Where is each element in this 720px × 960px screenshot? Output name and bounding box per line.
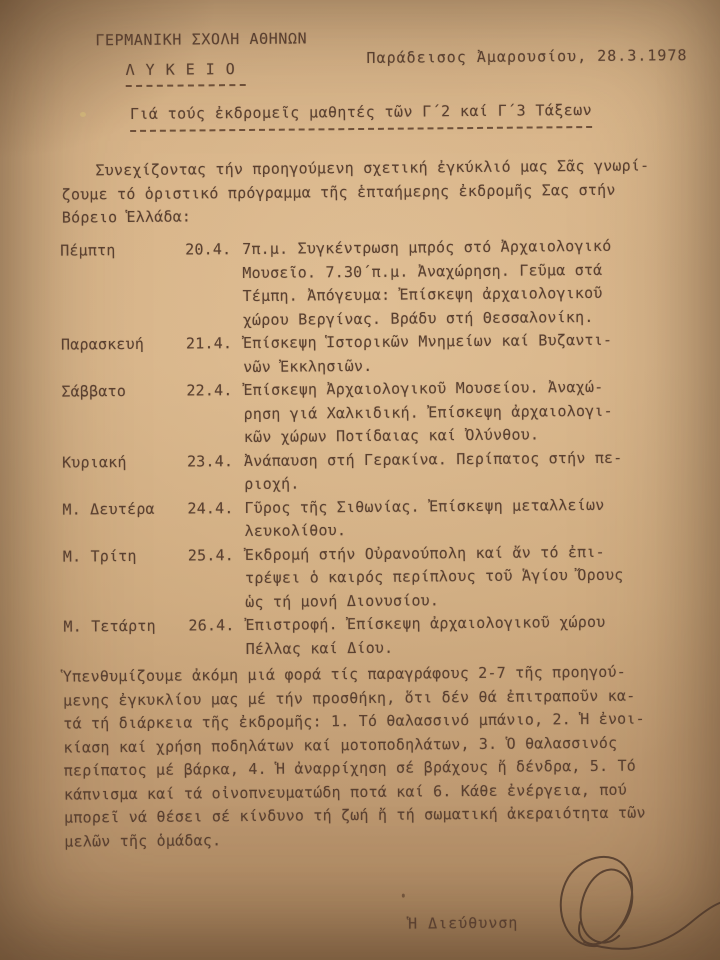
date-label: 21.4.: [186, 332, 243, 356]
date-label: 25.4.: [188, 544, 245, 568]
date-label: 22.4.: [186, 379, 243, 403]
day-label: Μ. Τετάρτη: [63, 615, 188, 640]
day-label: Μ. Τρίτη: [63, 544, 188, 569]
date-label: 24.4.: [187, 497, 244, 521]
text-line: τρέψει ὁ καιρός περίπλους τοῦ Ἁγίου Ὄρου…: [245, 563, 673, 590]
ink-dot: [402, 894, 405, 898]
lyceum-heading: ΛΥΚΕΙΟ: [126, 57, 246, 87]
schedule-row-holy-wednesday: Μ. Τετάρτη 26.4. Ἐπιστροφή. Ἐπίσκεψη ἀρχ…: [63, 610, 673, 662]
text-line: 7π.μ. Συγκέντρωση μπρός στό Ἀρχαιολογικό: [242, 234, 670, 261]
letterhead: ΓΕΡΜΑΝΙΚΗ ΣΧΟΛΗ ΑΘΗΝΩΝ ΛΥΚΕΙΟ: [95, 27, 307, 87]
day-description: Ἐπιστροφή. Ἐπίσκεψη ἀρχαιολογικοῦ χώρου …: [245, 610, 673, 661]
day-label: Παρασκευή: [61, 333, 186, 358]
document-title: Γιά τούς ἐκδρομεῖς μαθητές τῶν Γ΄2 καί Γ…: [130, 99, 592, 132]
day-label: Κυριακή: [62, 450, 187, 475]
day-label: Πέμπτη: [60, 239, 185, 264]
place-and-date: Παράδεισος Ἀμαρουσίου, 28.3.1978: [366, 44, 687, 70]
day-description: Ἀνάπαυση στή Γερακίνα. Περίπατος στήν πε…: [244, 446, 672, 497]
text-line: Ἐπίσκεψη Ἱστορικῶν Μνημείων καί Βυζαντι-: [243, 328, 671, 355]
itinerary-schedule: Πέμπτη 20.4. 7π.μ. Συγκέντρωση μπρός στό…: [60, 234, 674, 662]
text-line: Πέλλας καί Δίου.: [246, 634, 674, 661]
schedule-row-friday: Παρασκευή 21.4. Ἐπίσκεψη Ἱστορικῶν Μνημε…: [61, 328, 671, 380]
date-label: 23.4.: [187, 450, 244, 474]
schedule-row-holy-monday: Μ. Δευτέρα 24.4. Γῦρος τῆς Σιθωνίας. Ἐπί…: [62, 493, 672, 545]
day-description: Ἐκδρομή στήν Οὐρανούπολη καί ἄν τό ἐπι- …: [245, 540, 674, 614]
schedule-row-sunday: Κυριακή 23.4. Ἀνάπαυση στή Γερακίνα. Περ…: [62, 446, 672, 498]
school-name: ΓΕΡΜΑΝΙΚΗ ΣΧΟΛΗ ΑΘΗΝΩΝ: [95, 27, 307, 52]
schedule-row-holy-tuesday: Μ. Τρίτη 25.4. Ἐκδρομή στήν Οὐρανούπολη …: [63, 540, 674, 616]
handwritten-signature: [505, 847, 720, 960]
day-label: Μ. Δευτέρα: [62, 497, 187, 522]
scanned-letter-page: ΓΕΡΜΑΝΙΚΗ ΣΧΟΛΗ ΑΘΗΝΩΝ ΛΥΚΕΙΟ Παράδεισος…: [0, 0, 720, 960]
date-label: 26.4.: [188, 614, 245, 638]
text-line: Βόρειο Ἑλλάδα:: [62, 201, 662, 230]
signoff-label: Ἡ Διεύθυνση: [408, 912, 519, 936]
letter-content: ΓΕΡΜΑΝΙΚΗ ΣΧΟΛΗ ΑΘΗΝΩΝ ΛΥΚΕΙΟ Παράδεισος…: [0, 0, 720, 960]
day-description: Ἐπίσκεψη Ἱστορικῶν Μνημείων καί Βυζαντι-…: [243, 328, 671, 379]
date-label: 20.4.: [185, 238, 242, 262]
intro-paragraph: Συνεχίζοντας τήν προηγούμενη σχετική ἐγκ…: [61, 154, 662, 230]
day-description: Γῦρος τῆς Σιθωνίας. Ἐπίσκεψη μεταλλείων …: [244, 493, 672, 544]
day-description: Ἐπίσκεψη Ἀρχαιολογικοῦ Μουσείου. Ἀναχώ- …: [243, 375, 672, 449]
day-description: 7π.μ. Συγκέντρωση μπρός στό Ἀρχαιολογικό…: [242, 234, 671, 332]
text-line: Ἀνάπαυση στή Γερακίνα. Περίπατος στήν πε…: [244, 446, 672, 473]
schedule-row-saturday: Σάββατο 22.4. Ἐπίσκεψη Ἀρχαιολογικοῦ Μου…: [61, 375, 672, 451]
day-label: Σάββατο: [61, 380, 186, 405]
rules-paragraph: Ὑπενθυμίζουμε ἀκόμη μιά φορά τίς παραγρά…: [63, 660, 665, 853]
text-line: ρηση γιά Χαλκιδική. Ἐπίσκεψη ἀρχαιολογι-: [244, 399, 672, 426]
schedule-row-thursday: Πέμπτη 20.4. 7π.μ. Συγκέντρωση μπρός στό…: [60, 234, 671, 333]
title-row: Γιά τούς ἐκδρομεῖς μαθητές τῶν Γ΄2 καί Γ…: [1, 98, 720, 133]
